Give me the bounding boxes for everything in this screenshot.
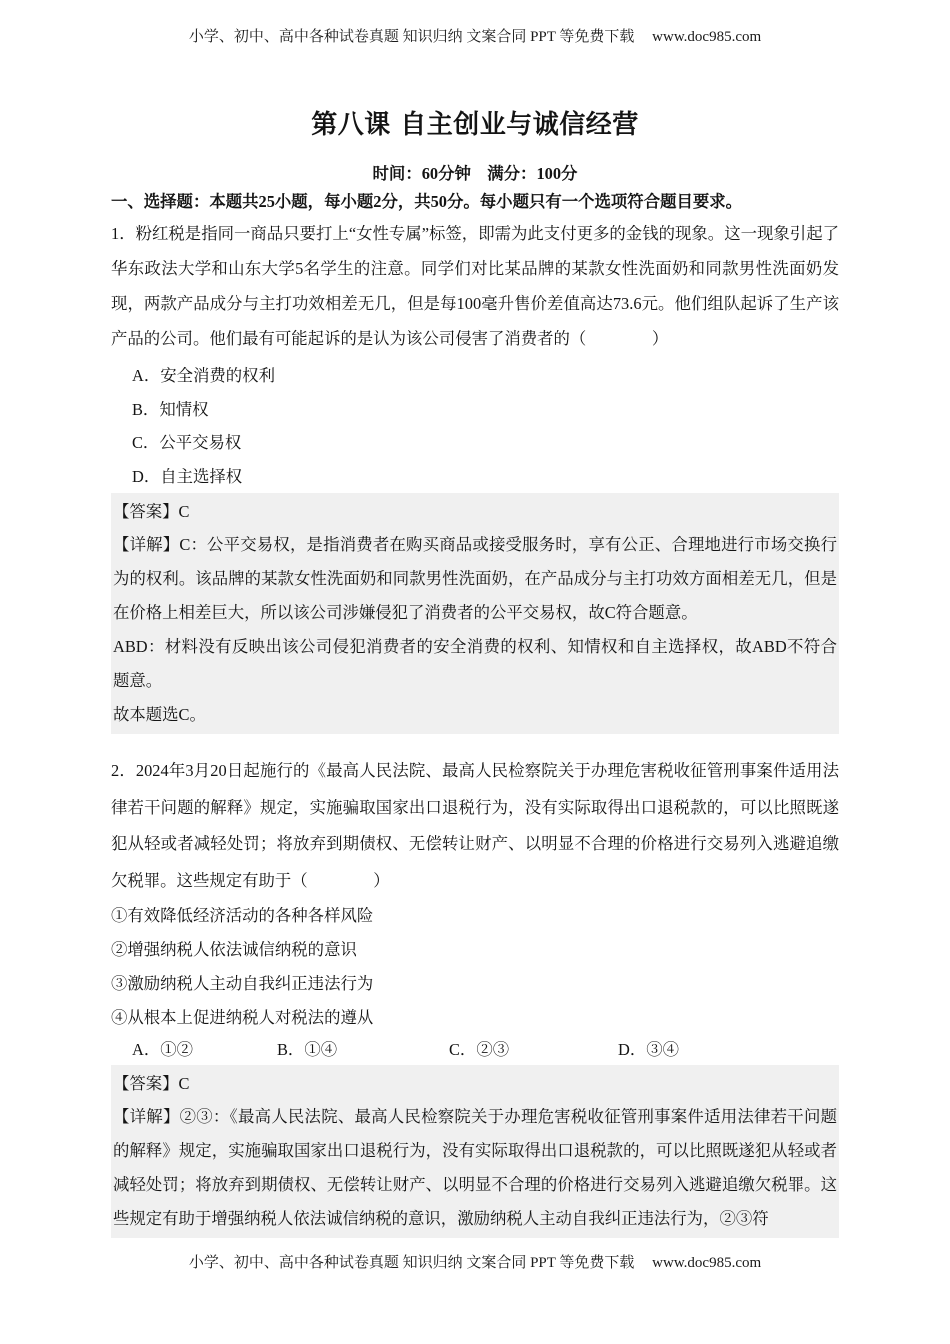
question-2-subitem-3: ③激励纳税人主动自我纠正违法行为 [111, 967, 839, 1001]
question-1-explanation-conclusion: 故本题选C。 [113, 698, 837, 732]
question-2-subitem-2: ②增强纳税人依法诚信纳税的意识 [111, 933, 839, 967]
question-1-explanation-abd: ABD：材料没有反映出该公司侵犯消费者的安全消费的权利、知情权和自主选择权，故A… [113, 630, 837, 698]
question-2-stem: 2．2024年3月20日起施行的《最高人民法院、最高人民检察院关于办理危害税收征… [111, 753, 839, 899]
question-1-answer: 【答案】C [113, 495, 837, 528]
document-page: 小学、初中、高中各种试卷真题 知识归纳 文案合同 PPT 等免费下载 www.d… [0, 0, 950, 1344]
question-2-subitem-1: ①有效降低经济活动的各种各样风险 [111, 899, 839, 933]
question-1-stem: 1．粉红税是指同一商品只要打上“女性专属”标签，即需为此支付更多的金钱的现象。这… [111, 216, 839, 356]
question-2-answer-block: 【答案】C 【详解】②③：《最高人民法院、最高人民检察院关于办理危害税收征管刑事… [111, 1065, 839, 1238]
question-2-option-b: B．①④ [277, 1035, 449, 1065]
footer-banner-url: www.doc985.com [652, 1255, 761, 1271]
question-2-explanation-main: 【详解】②③：《最高人民法院、最高人民检察院关于办理危害税收征管刑事案件适用法律… [113, 1100, 837, 1236]
question-1-options: A．安全消费的权利 B．知情权 C．公平交易权 D．自主选择权 [111, 359, 839, 493]
question-1-option-d: D．自主选择权 [132, 460, 839, 494]
section-heading: 一、选择题：本题共25小题，每小题2分，共50分。每小题只有一个选项符合题目要求… [111, 191, 839, 213]
page-title: 第八课 自主创业与诚信经营 [111, 110, 839, 141]
question-2-option-c: C．②③ [449, 1035, 618, 1065]
question-1-answer-block: 【答案】C 【详解】C：公平交易权，是指消费者在购买商品或接受服务时，享有公正、… [111, 493, 839, 734]
question-1-option-a: A．安全消费的权利 [132, 359, 839, 393]
question-1-explanation-main: 【详解】C：公平交易权，是指消费者在购买商品或接受服务时，享有公正、合理地进行市… [113, 528, 837, 630]
footer-banner-text: 小学、初中、高中各种试卷真题 知识归纳 文案合同 PPT 等免费下载 [189, 1255, 635, 1271]
question-1-option-c: C．公平交易权 [132, 426, 839, 460]
question-2-subitem-4: ④从根本上促进纳税人对税法的遵从 [111, 1001, 839, 1035]
header-banner-url: www.doc985.com [652, 29, 761, 45]
exam-time-score-info: 时间：60分钟 满分：100分 [111, 163, 839, 184]
question-1-option-b: B．知情权 [132, 393, 839, 427]
header-banner-text: 小学、初中、高中各种试卷真题 知识归纳 文案合同 PPT 等免费下载 [189, 29, 635, 45]
question-2-options: A．①②B．①④C．②③D．③④ [111, 1035, 839, 1065]
question-2-answer: 【答案】C [113, 1067, 837, 1100]
question-2-option-d: D．③④ [618, 1035, 679, 1065]
question-2-subitems: ①有效降低经济活动的各种各样风险 ②增强纳税人依法诚信纳税的意识 ③激励纳税人主… [111, 899, 839, 1035]
header-banner: 小学、初中、高中各种试卷真题 知识归纳 文案合同 PPT 等免费下载 www.d… [111, 0, 839, 47]
question-2-option-a: A．①② [132, 1035, 277, 1065]
footer-banner: 小学、初中、高中各种试卷真题 知识归纳 文案合同 PPT 等免费下载 www.d… [111, 1253, 839, 1273]
